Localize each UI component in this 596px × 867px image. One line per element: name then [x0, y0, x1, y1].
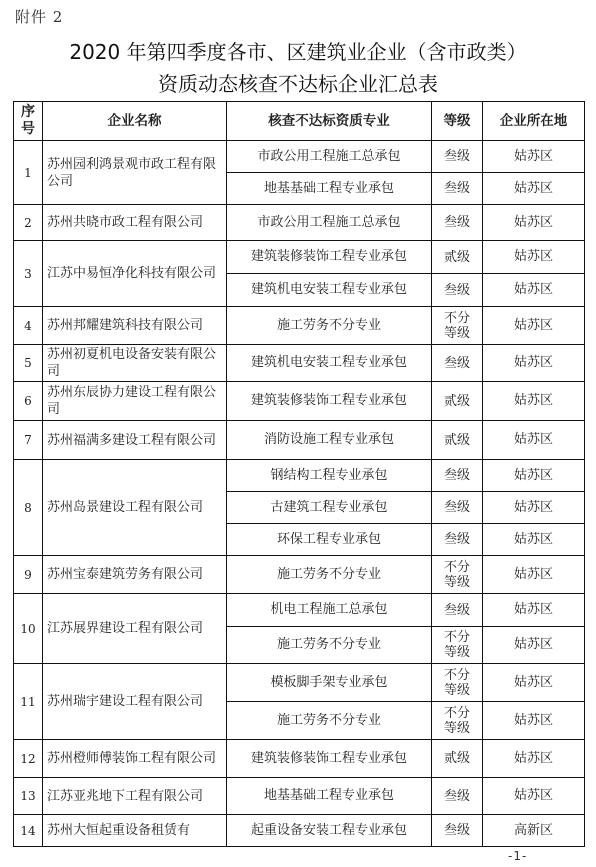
table-row: 8苏州岛景建设工程有限公司钢结构工程专业承包叁级姑苏区: [14, 460, 585, 492]
cell-location: 姑苏区: [483, 205, 585, 241]
cell-qualification: 建筑装修装饰工程专业承包: [227, 382, 432, 421]
cell-qualification: 建筑装修装饰工程专业承包: [227, 241, 432, 274]
cell-seq: 10: [14, 594, 43, 664]
cell-location: 姑苏区: [483, 778, 585, 815]
cell-location: 姑苏区: [483, 702, 585, 740]
cell-grade: 贰级: [432, 241, 483, 274]
table-header-row: 序号 企业名称 核查不达标资质专业 等级 企业所在地: [14, 102, 585, 141]
table-row: 14苏州大恒起重设备租赁有起重设备安装工程专业承包叁级高新区: [14, 815, 585, 847]
cell-company-name: 苏州橙师傅装饰工程有限公司: [43, 740, 227, 778]
cell-qualification: 施工劳务不分专业: [227, 556, 432, 594]
cell-qualification: 施工劳务不分专业: [227, 702, 432, 740]
cell-qualification: 建筑装修装饰工程专业承包: [227, 740, 432, 778]
column-header-seq: 序号: [14, 102, 43, 141]
cell-seq: 3: [14, 241, 43, 307]
cell-location: 姑苏区: [483, 524, 585, 556]
cell-location: 姑苏区: [483, 173, 585, 205]
table-body: 1苏州园利鸿景观市政工程有限公司市政公用工程施工总承包叁级姑苏区地基基础工程专业…: [14, 141, 585, 847]
cell-seq: 1: [14, 141, 43, 205]
cell-grade: 叁级: [432, 205, 483, 241]
table-row: 9苏州宝泰建筑劳务有限公司施工劳务不分专业不分等级姑苏区: [14, 556, 585, 594]
document-title-line2: 资质动态核查不达标企业汇总表: [0, 68, 596, 97]
cell-location: 姑苏区: [483, 594, 585, 627]
cell-grade: 不分等级: [432, 702, 483, 740]
cell-company-name: 苏州大恒起重设备租赁有: [43, 815, 227, 847]
cell-seq: 14: [14, 815, 43, 847]
cell-company-name: 苏州邦耀建筑科技有限公司: [43, 307, 227, 345]
cell-location: 姑苏区: [483, 492, 585, 524]
cell-location: 姑苏区: [483, 345, 585, 382]
cell-location: 姑苏区: [483, 627, 585, 664]
cell-qualification: 建筑机电安装工程专业承包: [227, 345, 432, 382]
cell-seq: 12: [14, 740, 43, 778]
cell-location: 姑苏区: [483, 664, 585, 702]
cell-grade: 叁级: [432, 524, 483, 556]
cell-location: 姑苏区: [483, 556, 585, 594]
cell-qualification: 模板脚手架专业承包: [227, 664, 432, 702]
cell-company-name: 苏州岛景建设工程有限公司: [43, 460, 227, 556]
cell-grade: 叁级: [432, 460, 483, 492]
cell-company-name: 苏州共晓市政工程有限公司: [43, 205, 227, 241]
table-row: 5苏州初夏机电设备安装有限公司建筑机电安装工程专业承包叁级姑苏区: [14, 345, 585, 382]
cell-seq: 5: [14, 345, 43, 382]
cell-qualification: 环保工程专业承包: [227, 524, 432, 556]
cell-location: 姑苏区: [483, 141, 585, 173]
cell-location: 姑苏区: [483, 740, 585, 778]
summary-table: 序号 企业名称 核查不达标资质专业 等级 企业所在地 1苏州园利鸿景观市政工程有…: [13, 101, 585, 847]
table-row: 1苏州园利鸿景观市政工程有限公司市政公用工程施工总承包叁级姑苏区: [14, 141, 585, 173]
cell-seq: 8: [14, 460, 43, 556]
cell-grade: 贰级: [432, 421, 483, 460]
cell-grade: 不分等级: [432, 664, 483, 702]
cell-qualification: 地基基础工程专业承包: [227, 778, 432, 815]
cell-grade: 叁级: [432, 274, 483, 307]
cell-location: 姑苏区: [483, 274, 585, 307]
cell-qualification: 建筑机电安装工程专业承包: [227, 274, 432, 307]
cell-company-name: 江苏展界建设工程有限公司: [43, 594, 227, 664]
cell-qualification: 地基基础工程专业承包: [227, 173, 432, 205]
table-row: 4苏州邦耀建筑科技有限公司施工劳务不分专业不分等级姑苏区: [14, 307, 585, 345]
table-row: 2苏州共晓市政工程有限公司市政公用工程施工总承包叁级姑苏区: [14, 205, 585, 241]
cell-location: 高新区: [483, 815, 585, 847]
cell-seq: 2: [14, 205, 43, 241]
page-number: -1-: [508, 849, 527, 863]
cell-location: 姑苏区: [483, 382, 585, 421]
cell-grade: 叁级: [432, 141, 483, 173]
cell-company-name: 苏州初夏机电设备安装有限公司: [43, 345, 227, 382]
cell-seq: 7: [14, 421, 43, 460]
cell-location: 姑苏区: [483, 241, 585, 274]
cell-seq: 4: [14, 307, 43, 345]
table-row: 3江苏中易恒净化科技有限公司建筑装修装饰工程专业承包贰级姑苏区: [14, 241, 585, 274]
cell-location: 姑苏区: [483, 307, 585, 345]
document-title-line1: 2020 年第四季度各市、区建筑业企业（含市政类）: [0, 36, 596, 65]
table-row: 12苏州橙师傅装饰工程有限公司建筑装修装饰工程专业承包贰级姑苏区: [14, 740, 585, 778]
table-row: 13江苏亚兆地下工程有限公司地基基础工程专业承包叁级姑苏区: [14, 778, 585, 815]
cell-grade: 叁级: [432, 778, 483, 815]
column-header-location: 企业所在地: [483, 102, 585, 141]
attachment-label: 附件 2: [15, 6, 63, 27]
cell-company-name: 江苏中易恒净化科技有限公司: [43, 241, 227, 307]
cell-seq: 9: [14, 556, 43, 594]
cell-grade: 叁级: [432, 173, 483, 205]
column-header-grade: 等级: [432, 102, 483, 141]
table-row: 11苏州瑞宇建设工程有限公司模板脚手架专业承包不分等级姑苏区: [14, 664, 585, 702]
cell-qualification: 钢结构工程专业承包: [227, 460, 432, 492]
cell-qualification: 起重设备安装工程专业承包: [227, 815, 432, 847]
cell-location: 姑苏区: [483, 460, 585, 492]
cell-qualification: 市政公用工程施工总承包: [227, 141, 432, 173]
table-row: 6苏州东辰协力建设工程有限公司建筑装修装饰工程专业承包贰级姑苏区: [14, 382, 585, 421]
column-header-qualification: 核查不达标资质专业: [227, 102, 432, 141]
column-header-company: 企业名称: [43, 102, 227, 141]
cell-seq: 6: [14, 382, 43, 421]
cell-grade: 贰级: [432, 740, 483, 778]
cell-company-name: 苏州福满多建设工程有限公司: [43, 421, 227, 460]
cell-grade: 叁级: [432, 594, 483, 627]
cell-grade: 不分等级: [432, 556, 483, 594]
cell-grade: 叁级: [432, 492, 483, 524]
table-row: 10江苏展界建设工程有限公司机电工程施工总承包叁级姑苏区: [14, 594, 585, 627]
cell-qualification: 古建筑工程专业承包: [227, 492, 432, 524]
cell-grade: 叁级: [432, 345, 483, 382]
cell-qualification: 消防设施工程专业承包: [227, 421, 432, 460]
cell-location: 姑苏区: [483, 421, 585, 460]
cell-company-name: 苏州园利鸿景观市政工程有限公司: [43, 141, 227, 205]
cell-company-name: 苏州宝泰建筑劳务有限公司: [43, 556, 227, 594]
cell-qualification: 市政公用工程施工总承包: [227, 205, 432, 241]
cell-qualification: 施工劳务不分专业: [227, 627, 432, 664]
cell-qualification: 机电工程施工总承包: [227, 594, 432, 627]
cell-grade: 不分等级: [432, 307, 483, 345]
cell-qualification: 施工劳务不分专业: [227, 307, 432, 345]
table-row: 7苏州福满多建设工程有限公司消防设施工程专业承包贰级姑苏区: [14, 421, 585, 460]
cell-seq: 13: [14, 778, 43, 815]
cell-company-name: 江苏亚兆地下工程有限公司: [43, 778, 227, 815]
cell-grade: 贰级: [432, 382, 483, 421]
cell-grade: 不分等级: [432, 627, 483, 664]
cell-seq: 11: [14, 664, 43, 740]
cell-company-name: 苏州瑞宇建设工程有限公司: [43, 664, 227, 740]
cell-grade: 叁级: [432, 815, 483, 847]
cell-company-name: 苏州东辰协力建设工程有限公司: [43, 382, 227, 421]
